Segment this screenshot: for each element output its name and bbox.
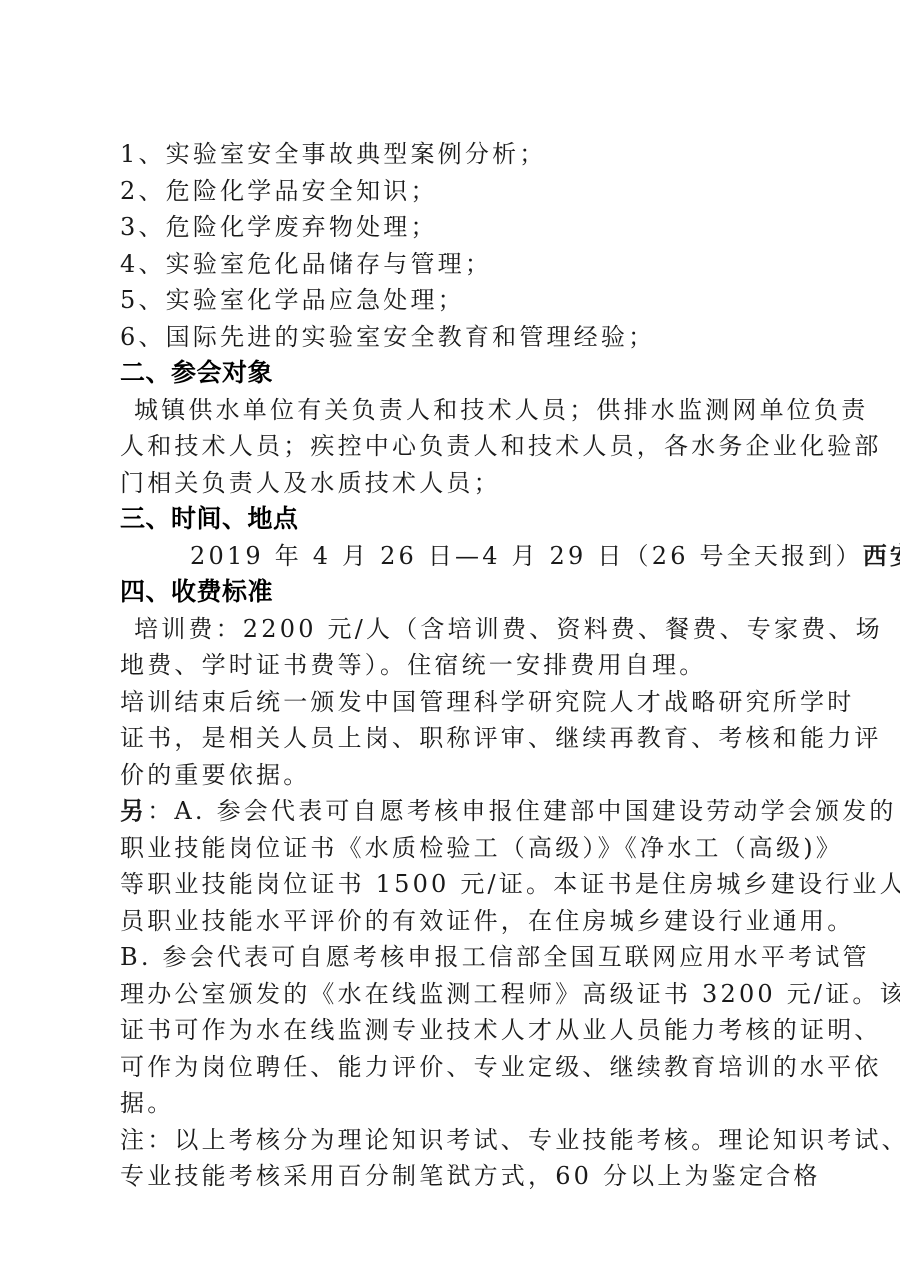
location-text: 西安市	[863, 542, 900, 570]
section-time-location: 三、时间、地点 2019 年 4 月 26 日—4 月 29 日（26 号全天报…	[120, 501, 785, 574]
paragraph-line: 证书，是相关人员上岗、职称评审、继续再教育、考核和能力评	[120, 720, 785, 757]
paragraph-line: 价的重要依据。	[120, 757, 785, 794]
section-fees: 四、收费标准 培训费：2200 元/人（含培训费、资料费、餐费、专家费、场 地费…	[120, 574, 785, 1195]
paragraph-line: 职业技能岗位证书《水质检验工（高级）》《净水工（高级)》	[120, 830, 785, 867]
list-item: 5、实验室化学品应急处理；	[120, 282, 785, 319]
list-item: 4、实验室危化品储存与管理；	[120, 246, 785, 283]
paragraph-line: 证书可作为水在线监测专业技术人才从业人员能力考核的证明、	[120, 1012, 785, 1049]
paragraph-line: 可作为岗位聘任、能力评价、专业定级、继续教育培训的水平依	[120, 1049, 785, 1086]
paragraph-line: 培训结束后统一颁发中国管理科学研究院人才战略研究所学时	[120, 684, 785, 721]
paragraph-line: 员职业技能水平评价的有效证件，在住房城乡建设行业通用。	[120, 903, 785, 940]
list-item: 2、危险化学品安全知识；	[120, 173, 785, 210]
section-heading: 四、收费标准	[120, 574, 785, 611]
date-text: 2019 年 4 月 26 日—4 月 29 日（26 号全天报到）	[190, 542, 863, 570]
section-heading: 二、参会对象	[120, 355, 785, 392]
paragraph-line: 注：以上考核分为理论知识考试、专业技能考核。理论知识考试、	[120, 1122, 785, 1159]
option-a-label: 另	[120, 797, 147, 825]
paragraph-line: 等职业技能岗位证书 1500 元/证。本证书是住房城乡建设行业人	[120, 866, 785, 903]
list-item: 3、危险化学废弃物处理；	[120, 209, 785, 246]
option-a-text: ：A. 参会代表可自愿考核申报住建部中国建设劳动学会颁发的	[147, 797, 896, 825]
paragraph-line: 理办公室颁发的《水在线监测工程师》高级证书 3200 元/证。该	[120, 976, 785, 1013]
list-item: 6、国际先进的实验室安全教育和管理经验；	[120, 319, 785, 356]
topic-list: 1、实验室安全事故典型案例分析； 2、危险化学品安全知识； 3、危险化学废弃物处…	[120, 136, 785, 355]
paragraph-line: 地费、学时证书费等）。住宿统一安排费用自理。	[120, 647, 785, 684]
section-attendees: 二、参会对象 城镇供水单位有关负责人和技术人员；供排水监测网单位负责 人和技术人…	[120, 355, 785, 501]
page-content: 1、实验室安全事故典型案例分析； 2、危险化学品安全知识； 3、危险化学废弃物处…	[120, 136, 785, 1195]
paragraph-line: B. 参会代表可自愿考核申报工信部全国互联网应用水平考试管	[120, 939, 785, 976]
paragraph-line: 据。	[120, 1085, 785, 1122]
date-location-line: 2019 年 4 月 26 日—4 月 29 日（26 号全天报到）西安市	[120, 538, 785, 575]
list-item: 1、实验室安全事故典型案例分析；	[120, 136, 785, 173]
paragraph-line: 人和技术人员；疾控中心负责人和技术人员，各水务企业化验部	[120, 428, 785, 465]
paragraph-line: 培训费：2200 元/人（含培训费、资料费、餐费、专家费、场	[120, 611, 785, 648]
document-page: 1、实验室安全事故典型案例分析； 2、危险化学品安全知识； 3、危险化学废弃物处…	[0, 0, 900, 1272]
paragraph-line: 另：A. 参会代表可自愿考核申报住建部中国建设劳动学会颁发的	[120, 793, 785, 830]
paragraph-line: 城镇供水单位有关负责人和技术人员；供排水监测网单位负责	[120, 392, 785, 429]
section-heading: 三、时间、地点	[120, 501, 785, 538]
paragraph-line: 门相关负责人及水质技术人员；	[120, 465, 785, 502]
page-number: 2	[448, 1162, 462, 1180]
